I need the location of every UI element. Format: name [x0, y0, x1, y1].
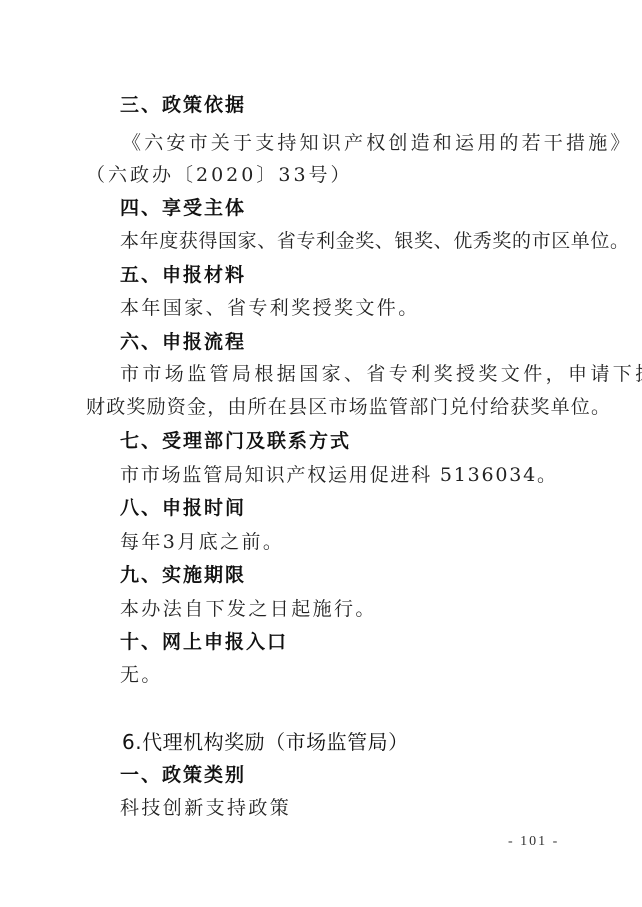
policy-basis-document-number: （六政办〔2020〕33号） [86, 163, 353, 187]
online-application-portal-text: 无。 [120, 663, 163, 687]
application-process-text-line-2: 财政奖励资金，由所在县区市场监管部门兑付给获奖单位。 [86, 395, 611, 419]
next-policy-title: 6.代理机构奖励（市场监管局） [122, 730, 409, 754]
contact-department-text: 市市场监管局知识产权运用促进科 5136034。 [120, 463, 558, 487]
section-heading-implementation-period: 九、实施期限 [120, 563, 246, 587]
eligible-entities-text: 本年度获得国家、省专利金奖、银奖、优秀奖的市区单位。 [120, 229, 630, 253]
implementation-period-text: 本办法自下发之日起施行。 [120, 597, 377, 621]
policy-category-text: 科技创新支持政策 [120, 796, 291, 820]
application-process-text-line-1: 市市场监管局根据国家、省专利奖授奖文件，申请下拨 [120, 362, 642, 386]
page-number: - 101 - [508, 834, 559, 850]
section-heading-policy-category: 一、政策类别 [120, 763, 246, 787]
section-heading-policy-basis: 三、政策依据 [120, 93, 246, 117]
section-heading-application-time: 八、申报时间 [120, 496, 246, 520]
application-materials-text: 本年国家、省专利奖授奖文件。 [120, 296, 420, 320]
section-heading-online-application-portal: 十、网上申报入口 [120, 630, 288, 654]
document-page: 三、政策依据 《六安市关于支持知识产权创造和运用的若干措施》 （六政办〔2020… [0, 0, 642, 907]
section-heading-application-process: 六、申报流程 [120, 330, 246, 354]
section-heading-contact-department: 七、受理部门及联系方式 [120, 429, 351, 453]
section-heading-eligible-entities: 四、享受主体 [120, 196, 246, 220]
section-heading-application-materials: 五、申报材料 [120, 263, 246, 287]
policy-basis-document-title: 《六安市关于支持知识产权创造和运用的若干措施》 [122, 131, 633, 155]
application-time-text: 每年3月底之前。 [120, 530, 284, 554]
